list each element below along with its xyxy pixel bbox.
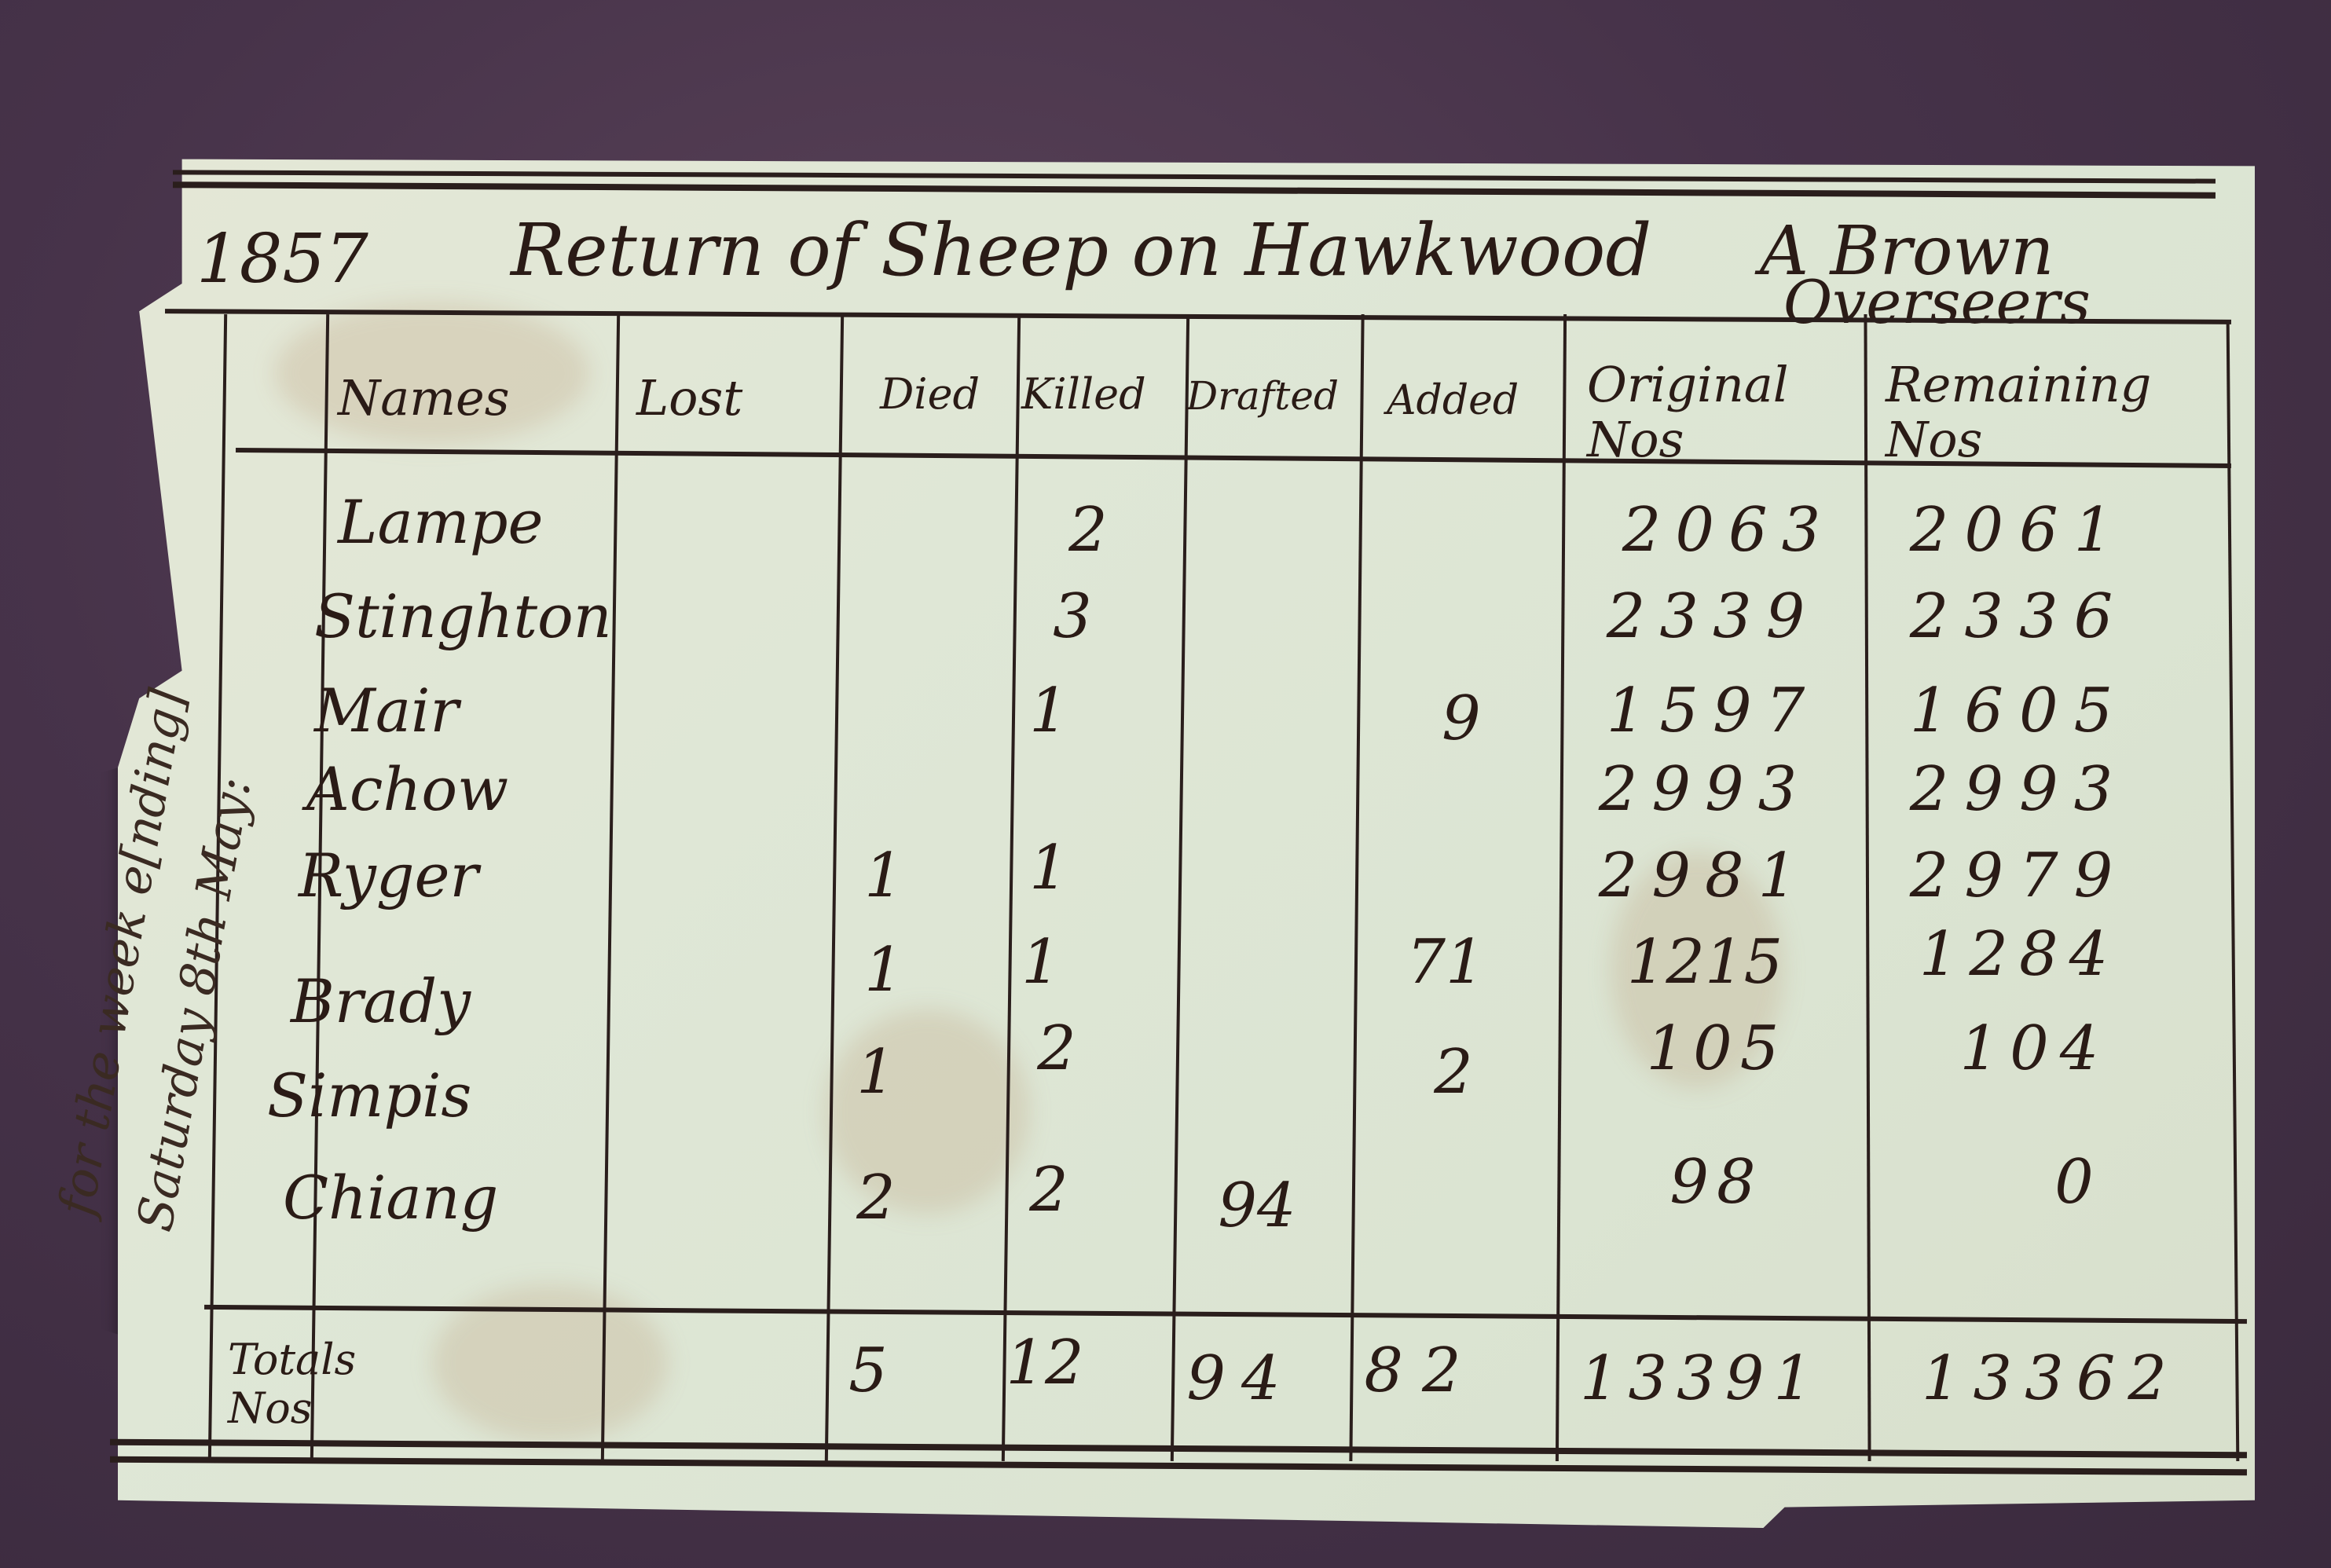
cell-original: 2339	[1587, 581, 1838, 652]
row-name: Achow	[306, 754, 508, 824]
total-added: 82	[1351, 1335, 1493, 1406]
cell-added: 9	[1398, 683, 1524, 754]
row-name: Simpis	[267, 1061, 471, 1130]
cell-killed: 2	[998, 1155, 1100, 1225]
header-died: Died	[880, 369, 980, 419]
total-killed: 12	[982, 1328, 1108, 1398]
header-lost: Lost	[636, 369, 742, 427]
cell-killed: 1	[998, 833, 1100, 903]
row-name: Stinghton	[314, 581, 612, 651]
cell-original: 2993	[1579, 754, 1831, 825]
cell-remaining: 1605	[1886, 676, 2153, 746]
total-drafted: 94	[1163, 1343, 1320, 1414]
cell-remaining: 2993	[1886, 754, 2153, 825]
row-name: Chiang	[283, 1163, 498, 1233]
cell-original: 2063	[1603, 495, 1854, 566]
cell-remaining: 0	[2011, 1147, 2137, 1218]
cell-original: 1215	[1579, 927, 1831, 998]
cell-drafted: 94	[1186, 1171, 1328, 1241]
total-remaining: 13362	[1886, 1343, 2216, 1414]
total-original: 13391	[1563, 1343, 1838, 1414]
totals-label: Totals Nos	[228, 1335, 322, 1433]
cell-remaining: 2061	[1886, 495, 2153, 566]
cell-died: 1	[833, 841, 935, 911]
header-added: Added	[1387, 377, 1519, 424]
cell-remaining: 2336	[1886, 581, 2153, 652]
cell-died: 1	[833, 935, 935, 1006]
header-drafted: Drafted	[1186, 373, 1339, 419]
cell-original: 105	[1603, 1013, 1831, 1084]
cell-killed: 1	[998, 676, 1100, 746]
cell-original: 98	[1603, 1147, 1831, 1218]
header-killed: Killed	[1021, 369, 1146, 419]
document-title: Return of Sheep on Hawkwood	[511, 208, 1651, 292]
cell-killed: 1	[990, 927, 1092, 998]
row-name: Lampe	[338, 487, 543, 557]
cell-added: 2	[1391, 1037, 1516, 1108]
header-remaining: Remaining Nos	[1886, 357, 2216, 467]
cell-died: 1	[825, 1037, 927, 1108]
cell-killed: 2	[1006, 1013, 1108, 1084]
cell-killed: 2	[1037, 495, 1139, 566]
cell-added: 71	[1383, 927, 1508, 998]
row-name: Brady	[291, 966, 471, 1036]
header-names: Names	[338, 369, 510, 427]
cell-original: 1597	[1587, 676, 1838, 746]
row-name: Mair	[314, 676, 459, 746]
document-year: 1857	[196, 220, 368, 299]
cell-died: 2	[825, 1163, 927, 1233]
cell-original: 2981	[1579, 841, 1831, 911]
total-died: 5	[817, 1335, 919, 1406]
cell-killed: 3	[1021, 581, 1123, 652]
signatory-role: Overseers	[1783, 267, 2091, 337]
row-name: Ryger	[299, 841, 478, 910]
header-original: Original Nos	[1587, 357, 1846, 467]
cell-remaining: 104	[1917, 1013, 2153, 1084]
cell-remaining: 2979	[1886, 841, 2153, 911]
cell-remaining: 1284	[1886, 919, 2153, 990]
